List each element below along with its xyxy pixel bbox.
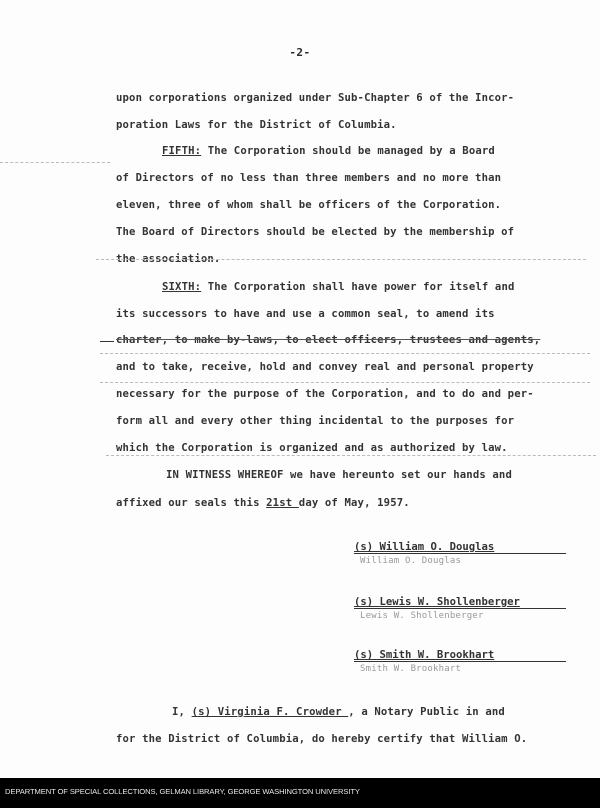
scan-artifact-line xyxy=(0,162,110,163)
signature-name: (s) William O. Douglas xyxy=(354,541,494,553)
typed-name: William O. Douglas xyxy=(360,556,461,566)
document-page: -2- upon corporations organized under Su… xyxy=(0,0,600,778)
signature-line xyxy=(354,608,566,609)
body-line: The Board of Directors should be elected… xyxy=(116,226,514,238)
sixth-paragraph-first-line: SIXTH: The Corporation shall have power … xyxy=(162,281,515,293)
witness-day: 21st xyxy=(266,497,299,509)
typed-name: Smith W. Brookhart xyxy=(360,664,461,674)
typed-name: Lewis W. Shollenberger xyxy=(360,611,484,621)
scan-artifact-line xyxy=(106,455,596,456)
signature-name: (s) Lewis W. Shollenberger xyxy=(354,596,520,608)
sixth-heading: SIXTH: xyxy=(162,281,201,293)
notary-line: I, (s) Virginia F. Crowder , a Notary Pu… xyxy=(172,706,505,718)
sixth-line-text: The Corporation shall have power for its… xyxy=(201,281,514,293)
signature-line xyxy=(354,661,566,662)
scan-artifact-line xyxy=(100,341,114,342)
footer-text: DEPARTMENT OF SPECIAL COLLECTIONS, GELMA… xyxy=(5,787,360,796)
signature-line xyxy=(354,553,566,554)
body-line: its successors to have and use a common … xyxy=(116,308,495,320)
body-line: which the Corporation is organized and a… xyxy=(116,442,508,454)
archive-credit-footer: DEPARTMENT OF SPECIAL COLLECTIONS, GELMA… xyxy=(0,778,600,808)
notary-text: , a Notary Public in and xyxy=(348,706,505,718)
fifth-line-text: The Corporation should be managed by a B… xyxy=(201,145,495,157)
scan-artifact-line xyxy=(96,259,586,260)
body-line: necessary for the purpose of the Corpora… xyxy=(116,388,534,400)
signature-1: (s) William O. Douglas xyxy=(354,541,494,553)
body-line: and to take, receive, hold and convey re… xyxy=(116,361,534,373)
signature-3: (s) Smith W. Brookhart xyxy=(354,649,494,661)
scan-artifact-line xyxy=(100,382,590,383)
notary-line-2: for the District of Columbia, do hereby … xyxy=(116,733,527,745)
page-number: -2- xyxy=(0,46,600,59)
fifth-paragraph-first-line: FIFTH: The Corporation should be managed… xyxy=(162,145,495,157)
notary-name: (s) Virginia F. Crowder xyxy=(192,706,349,718)
body-line: eleven, three of whom shall be officers … xyxy=(116,199,501,211)
fifth-heading: FIFTH: xyxy=(162,145,201,157)
signature-name: (s) Smith W. Brookhart xyxy=(354,649,494,661)
notary-prefix: I, xyxy=(172,706,192,718)
body-line: of Directors of no less than three membe… xyxy=(116,172,501,184)
witness-text: affixed our seals this xyxy=(116,497,266,509)
body-line: upon corporations organized under Sub-Ch… xyxy=(116,92,514,104)
body-line: form all and every other thing incidenta… xyxy=(116,415,514,427)
witness-line: IN WITNESS WHEREOF we have hereunto set … xyxy=(166,469,512,481)
scan-artifact-line xyxy=(100,353,590,354)
witness-text: day of May, 1957. xyxy=(299,497,410,509)
body-line: charter, to make by-laws, to elect offic… xyxy=(116,334,540,346)
signature-2: (s) Lewis W. Shollenberger xyxy=(354,596,520,608)
witness-date-line: affixed our seals this 21st day of May, … xyxy=(116,497,410,509)
body-line: poration Laws for the District of Columb… xyxy=(116,119,397,131)
